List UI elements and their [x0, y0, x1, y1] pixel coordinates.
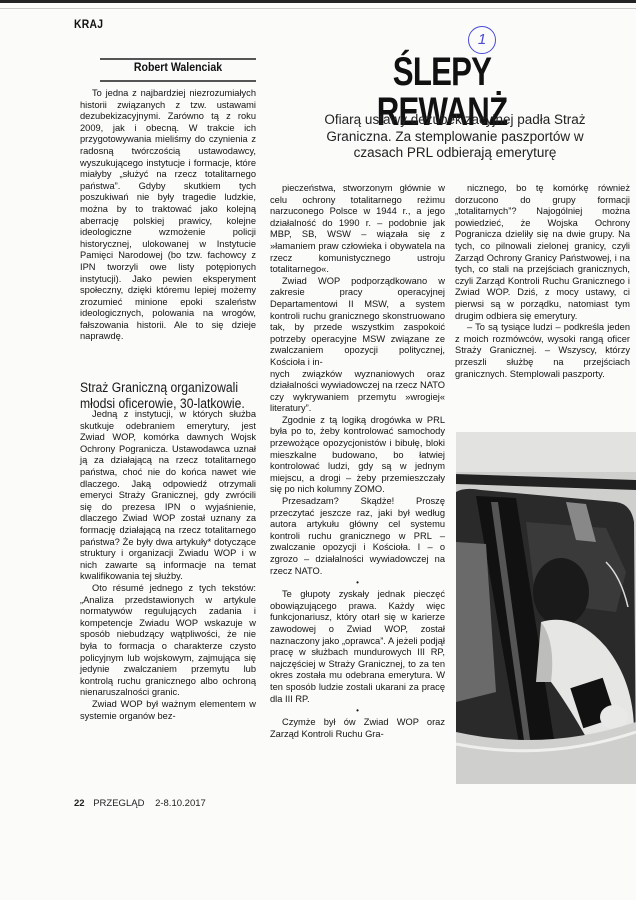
wrapped-paragraph: nych związków wyznaniowych oraz działaln… [270, 369, 445, 415]
column-2: pieczeństwa, stworzonym głównie w celu o… [270, 183, 445, 740]
paragraph: nicznego, bo tę komórkę również dorzucon… [455, 183, 630, 322]
article-lede: Ofiarą ustawy dezubekizacyjnej padła Str… [305, 112, 605, 162]
paragraph: Oto résumé jednego z tych tekstów: „Anal… [80, 583, 256, 699]
paragraph: Przesadzam? Skądże! Proszę przeczytać je… [270, 496, 445, 577]
paragraph: Zgodnie z tą logiką drogówka w PRL była … [270, 415, 445, 496]
photo-icon [456, 432, 636, 784]
top-rule [0, 8, 636, 9]
paragraph: – To są tysiące ludzi – podkreśla jeden … [455, 322, 630, 380]
page-top-edge [0, 0, 636, 3]
article-photo [456, 432, 636, 784]
section-separator: • [270, 577, 445, 589]
publication-name: PRZEGLĄD [93, 798, 144, 809]
paragraph: Zwiad WOP podporządkowano w zakresie pra… [270, 276, 445, 369]
subheading: Straż Graniczną organizowali młodsi ofic… [80, 380, 260, 412]
section-label: KRAJ [74, 19, 103, 31]
paragraph: pieczeństwa, stworzonym głównie w celu o… [270, 183, 445, 276]
author-rule-bottom [100, 80, 256, 82]
paragraph: To jedna z najbardziej niezrozumiałych h… [80, 88, 256, 343]
paragraph: Zwiad WOP był ważnym elementem w systemi… [80, 699, 256, 722]
page-footer: 22 PRZEGLĄD 2-8.10.2017 [74, 798, 206, 809]
paragraph: Jedną z instytucji, w których służba sku… [80, 409, 256, 583]
issue-date: 2-8.10.2017 [155, 798, 206, 809]
column-3: nicznego, bo tę komórkę również dorzucon… [455, 183, 630, 380]
paragraph: Czymże był ów Zwiad WOP oraz Zarząd Kont… [270, 717, 445, 740]
paragraph: Te głupoty zyskały jednak pieczęć obowią… [270, 589, 445, 705]
author-name: Robert Walenciak [109, 60, 246, 74]
page-number: 22 [74, 798, 85, 809]
section-separator: • [270, 705, 445, 717]
